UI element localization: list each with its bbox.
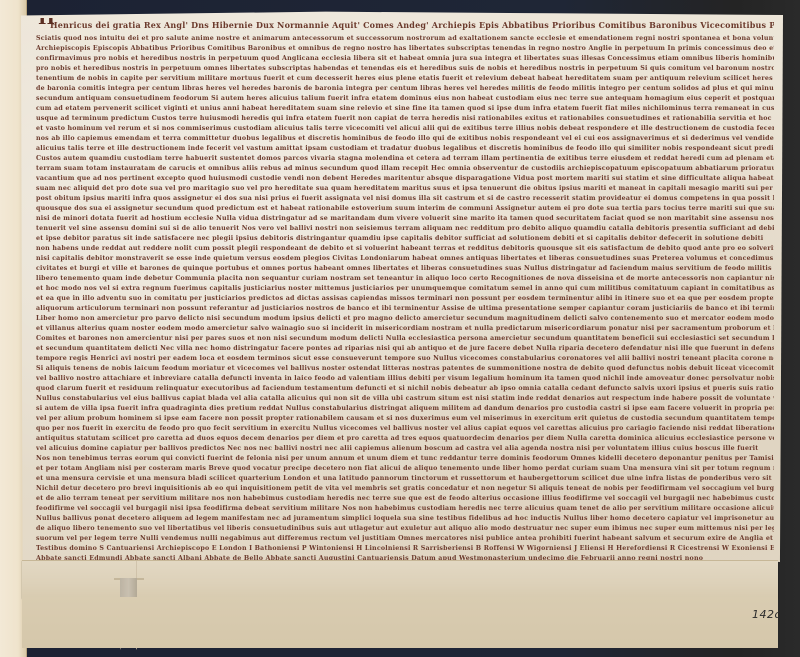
charter-line: usque ad terminum predictum Custos terre… xyxy=(36,115,774,123)
charter-line: aliquorum articulorum terminari non poss… xyxy=(36,305,774,313)
charter-line: quod clarum fuerit et residuum relinquat… xyxy=(36,385,774,393)
charter-line: Archiepiscopis Episcopis Abbatibus Prior… xyxy=(36,45,774,53)
charter-line: confirmavimus pro nobis et heredibus nos… xyxy=(36,55,774,63)
charter-line: secundum antiquam consuetudinem feodorum… xyxy=(36,95,774,103)
charter-line: nos ab illo capiemus emendam et terra co… xyxy=(36,135,774,143)
charter-line: tenentium de nobis in capite per serviti… xyxy=(36,75,774,83)
charter-text-block: H Henricus dei gratia Rex Angl' Dns Hibe… xyxy=(36,18,774,563)
charter-line-1: H Henricus dei gratia Rex Angl' Dns Hibe… xyxy=(36,18,774,32)
charter-line: Nullus ballivus ponat decetero aliquem a… xyxy=(36,515,774,523)
charter-line: vel ballivo nostro attachiare et inbrevi… xyxy=(36,375,774,383)
charter-line: Nichil detur decetero pro brevi inquisit… xyxy=(36,485,774,493)
charter-line: feodifirme vel soccagii vel burgagii nis… xyxy=(36,505,774,513)
charter-line: quo per nos fuerit in exercitu de feodo … xyxy=(36,425,774,433)
charter-line: et de alio terram teneat per servitium m… xyxy=(36,495,774,503)
charter-line: et una mensura cervisie et una mensura b… xyxy=(36,475,774,483)
charter-line: et ipse debitor paratus sit inde satisfa… xyxy=(36,235,774,243)
charter-line: libero tenemento quam inde debetur Commu… xyxy=(36,275,774,283)
charter-line: et hoc modo nos vel si extra regnum fuer… xyxy=(36,285,774,293)
charter-line: tenuerit vel sine assensu domini sui si … xyxy=(36,225,774,233)
charter-line: vel alicuius domine capiatur per ballivo… xyxy=(36,445,774,453)
charter-line: et secundum quantitatem delicti Nec vill… xyxy=(36,345,774,353)
charter-line: Sciatis quod nos intuitu dei et pro salu… xyxy=(36,35,774,43)
charter-line: nisi de minori dotata fuerit ad hostium … xyxy=(36,215,774,223)
charter-line: Testibus domino S Cantuariensi Archiepis… xyxy=(36,545,774,553)
charter-line: quousque dos sua ei assignetur secundum … xyxy=(36,205,774,213)
charter-line-text: Henricus dei gratia Rex Angl' Dns Hibern… xyxy=(36,20,774,30)
charter-line: nisi capitalis debitor monstraverit se e… xyxy=(36,255,774,263)
shelfmark-label: 142c xyxy=(752,608,781,621)
charter-line: et villanus alterius quam noster eodem m… xyxy=(36,325,774,333)
charter-line: terram suam totam instauratam de carucis… xyxy=(36,165,774,173)
charter-line: Custos autem quamdiu custodiam terre hab… xyxy=(36,155,774,163)
charter-line: post obitum ipsius mariti infra quos ass… xyxy=(36,195,774,203)
charter-line: Comites et barones non amercientur nisi … xyxy=(36,335,774,343)
charter-line: de baronia comitis integra per centum li… xyxy=(36,85,774,93)
charter-line: vacantium que ad nos pertinent excepto q… xyxy=(36,175,774,183)
charter-line: suam nec aliquid det pro dote sua vel pr… xyxy=(36,185,774,193)
charter-line: civitates et burgi et ville et barones d… xyxy=(36,265,774,273)
charter-line: si autem de villa ipsa fuerit infra quad… xyxy=(36,405,774,413)
charter-line: de aliquo libero tenemento suo vel liber… xyxy=(36,525,774,533)
charter-line: antiquitus statutam scilicet pro caretta… xyxy=(36,435,774,443)
charter-line: et per totam Angliam nisi per costeram m… xyxy=(36,465,774,473)
charter-line: tempore regis Henrici avi nostri per ead… xyxy=(36,355,774,363)
charter-line: cum ad etatem pervenerit scilicet vigint… xyxy=(36,105,774,113)
charter-line: pro nobis et heredibus nostris in perpet… xyxy=(36,65,774,73)
charter-line: suorum vel per legem terre Nulli vendemu… xyxy=(36,535,774,543)
charter-line: Nos non tenebimus terras eorum qui convi… xyxy=(36,455,774,463)
charter-line: et vasto hominum vel rerum et si nos com… xyxy=(36,125,774,133)
charter-line: non habens unde reddat aut reddere nolit… xyxy=(36,245,774,253)
charter-line: Nullus constabularius vel eius ballivus … xyxy=(36,395,774,403)
charter-line: vel per alium probum hominem si ipse eam… xyxy=(36,415,774,423)
charter-line: Liber homo non amercietur pro parvo deli… xyxy=(36,315,774,323)
charter-line: alicuius talis terre et ille destruction… xyxy=(36,145,774,153)
charter-line: et ea que in illo adventu suo in comitat… xyxy=(36,295,774,303)
decorated-initial-h: H xyxy=(38,18,55,26)
charter-line: Si aliquis tenens de nobis laicum feodum… xyxy=(36,365,774,373)
